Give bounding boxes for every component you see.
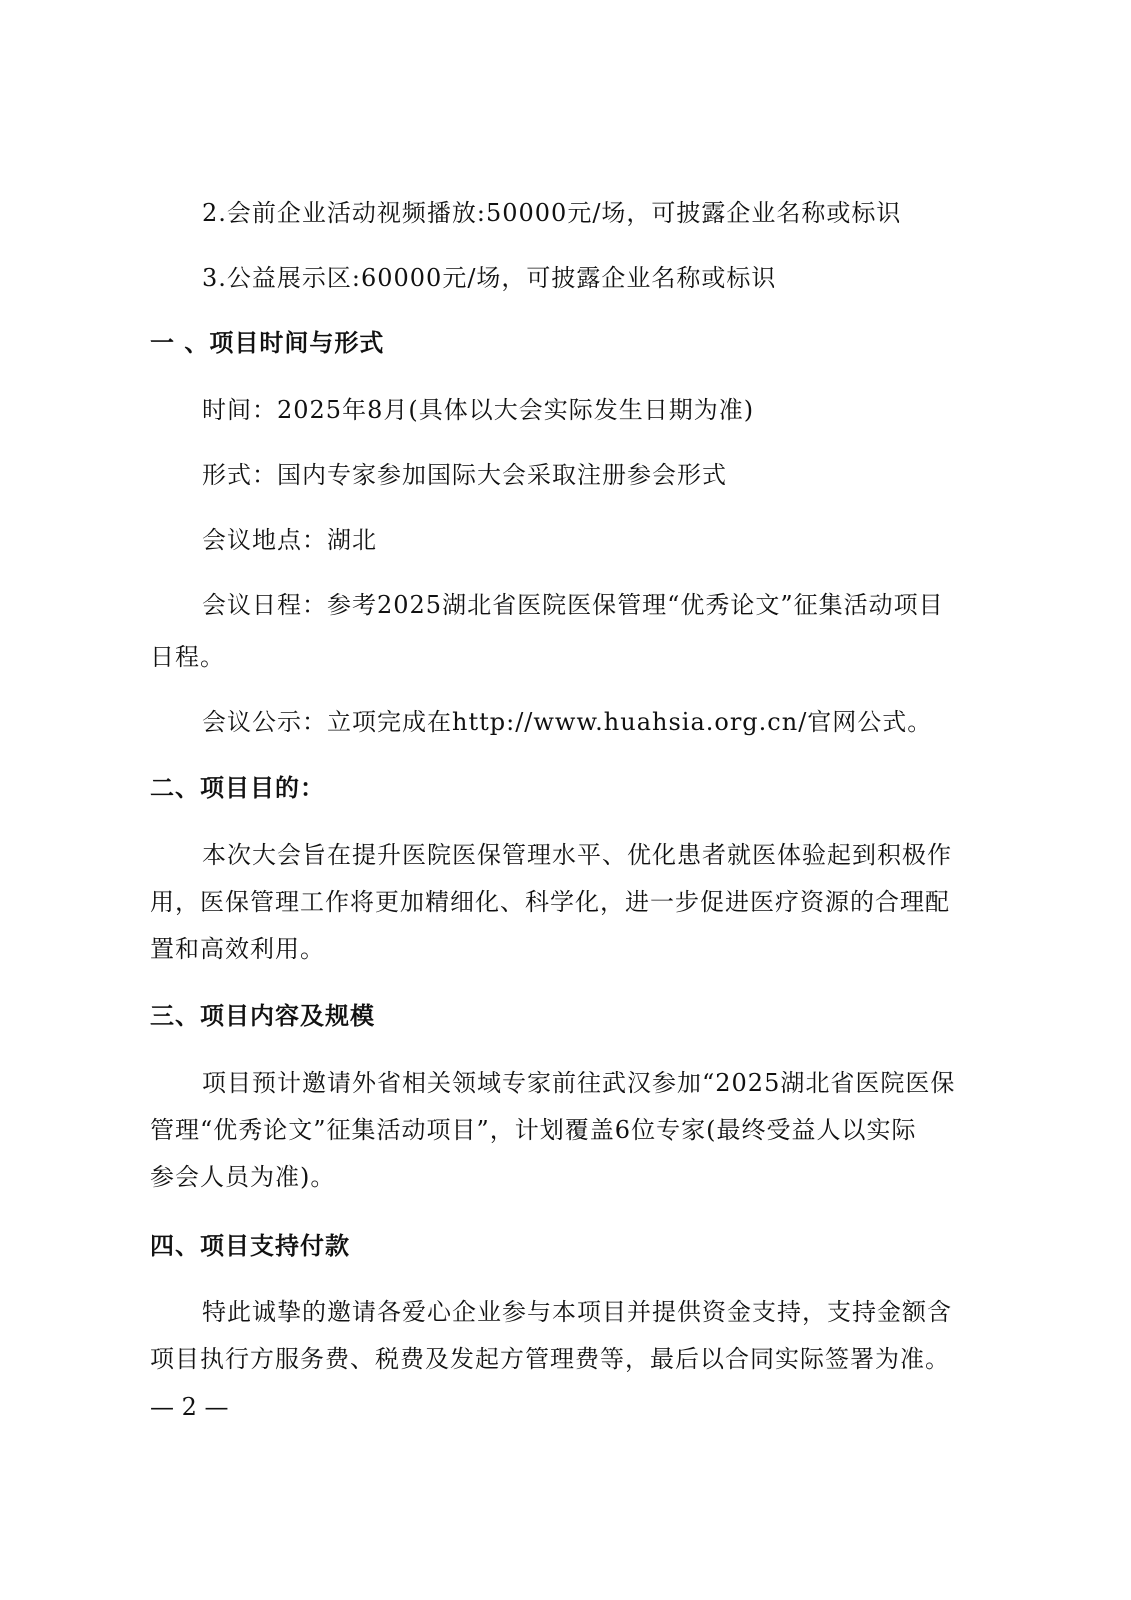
content-paragraph-line-1: 项目预计邀请外省相关领域专家前往武汉参加“2025湖北省医院医保: [202, 1068, 955, 1098]
venue-line: 会议地点：湖北: [202, 525, 377, 555]
purpose-paragraph-line-3: 置和高效利用。: [150, 934, 325, 964]
schedule-line: 会议日程：参考2025湖北省医院医保管理“优秀论文”征集活动项目: [202, 590, 944, 620]
announcement-line: 会议公示：立项完成在http://www.huahsia.org.cn/官网公式…: [202, 707, 932, 737]
purpose-paragraph-line-2: 用，医保管理工作将更加精细化、科学化，进一步促进医疗资源的合理配: [150, 887, 950, 917]
form-line: 形式：国内专家参加国际大会采取注册参会形式: [202, 460, 727, 490]
payment-paragraph-line-1: 特此诚挚的邀请各爱心企业参与本项目并提供资金支持，支持金额含: [202, 1297, 952, 1327]
section-heading-content-scale: 三、项目内容及规模: [150, 1001, 375, 1031]
list-item-public-display: 3.公益展示区:60000元/场，可披露企业名称或标识: [202, 263, 776, 293]
section-heading-payment: 四、项目支持付款: [150, 1231, 350, 1261]
page-number: — 2 —: [150, 1392, 229, 1422]
content-paragraph-line-2: 管理“优秀论文”征集活动项目”，计划覆盖6位专家(最终受益人以实际: [150, 1115, 916, 1145]
section-heading-time-form: 一 、项目时间与形式: [150, 328, 384, 358]
section-heading-purpose: 二、项目目的：: [150, 773, 325, 803]
content-paragraph-line-3: 参会人员为准)。: [150, 1162, 335, 1192]
time-line: 时间：2025年8月(具体以大会实际发生日期为准): [202, 395, 754, 425]
payment-paragraph-line-2: 项目执行方服务费、税费及发起方管理费等，最后以合同实际签署为准。: [150, 1344, 950, 1374]
purpose-paragraph-line-1: 本次大会旨在提升医院医保管理水平、优化患者就医体验起到积极作: [202, 840, 952, 870]
list-item-video-playback: 2.会前企业活动视频播放:50000元/场，可披露企业名称或标识: [202, 198, 901, 228]
schedule-line-cont: 日程。: [150, 642, 225, 672]
